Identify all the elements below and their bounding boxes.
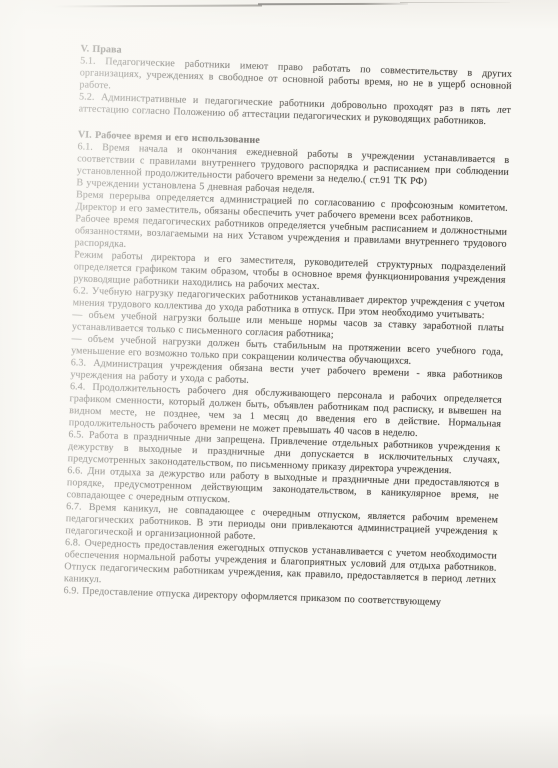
text-block: V. Права 5.1. Педагогические работники и… — [63, 43, 512, 610]
scan-edge-line — [258, 2, 408, 5]
document-page: V. Права 5.1. Педагогические работники и… — [0, 0, 558, 768]
scan-edge-line — [400, 2, 510, 3]
scan-edge-line — [52, 4, 262, 7]
